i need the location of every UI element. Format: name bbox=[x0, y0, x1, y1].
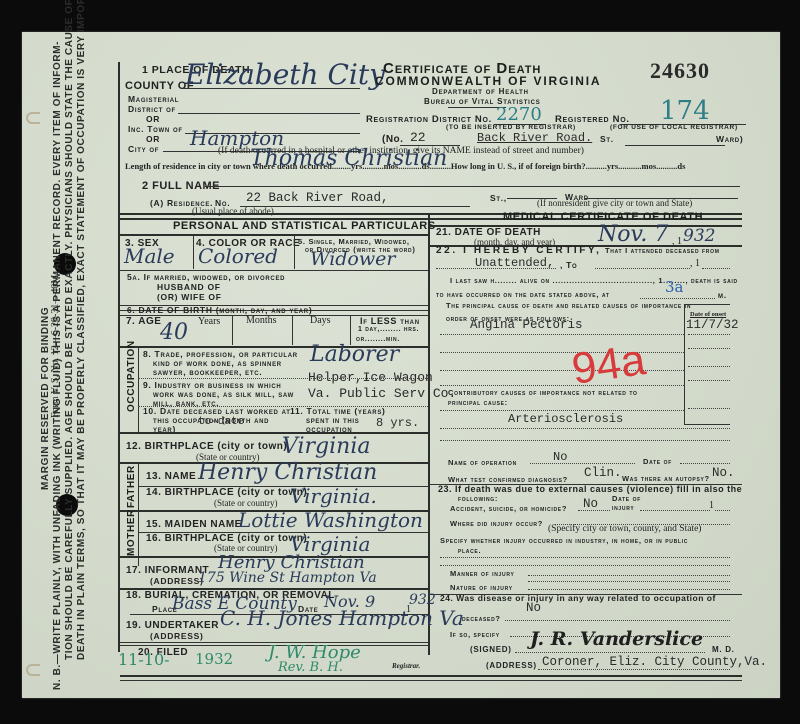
industry-value-1: Helper,Ice Wagon bbox=[308, 370, 433, 385]
margin-line-3: DEATH IN PLAIN TERMS, SO THAT IT MAY BE … bbox=[76, 50, 88, 690]
contributory-label: Contributory causes of importance not re… bbox=[448, 388, 638, 397]
operation-label: Name of operation bbox=[448, 458, 517, 467]
left-border bbox=[118, 62, 120, 652]
where-label: Where did injury occur? bbox=[450, 519, 543, 528]
full-name-value: Thomas Christian bbox=[250, 146, 447, 171]
street-no-label: (No. bbox=[382, 134, 403, 145]
street-number-value: 22 bbox=[410, 130, 426, 145]
less-than-label: If LESS than bbox=[360, 316, 420, 326]
registrar-label: Registrar. bbox=[392, 662, 420, 670]
district-label: District of bbox=[128, 104, 176, 114]
father-birthplace-label: 14. BIRTHPLACE (city or town) bbox=[146, 487, 307, 498]
injury-label: injury bbox=[612, 503, 634, 512]
filed-date-value: 11-10- bbox=[118, 650, 170, 669]
mother-name-value: Lottie Washington bbox=[238, 508, 423, 532]
red-annotation: 94a bbox=[569, 335, 649, 395]
days-label: Days bbox=[310, 315, 331, 326]
external-causes-label: 23. If death was due to external causes … bbox=[438, 484, 742, 494]
margin-instructions: MARGIN RESERVED FOR BINDING N. B.—WRITE … bbox=[40, 50, 88, 690]
st-label: St., bbox=[490, 193, 507, 203]
certify-tail: That I attended deceased from bbox=[605, 246, 720, 255]
principal-cause-label: The principal cause of death and related… bbox=[446, 301, 691, 310]
physician-address-value: Coroner, Eliz. City County,Va. bbox=[542, 655, 767, 669]
or-label: OR bbox=[146, 134, 160, 144]
trade-label-3: sawyer, bookkeeper, etc. bbox=[153, 367, 262, 377]
mother-name-label: 15. MAIDEN NAME bbox=[146, 519, 242, 530]
place-label: place. bbox=[458, 546, 481, 555]
onset-header: Date of onset bbox=[690, 311, 726, 318]
death-year-value: 932 bbox=[683, 226, 715, 246]
margin-line-2: TION SHOULD BE CAREFULLY SUPPLIED. AGE S… bbox=[64, 50, 76, 690]
where-sub: (Specify city or town, county, and State… bbox=[548, 524, 701, 534]
county-label: COUNTY OF bbox=[125, 80, 194, 92]
last-saw-label: I last saw h........ alive on ..........… bbox=[450, 276, 738, 285]
manner-label: Manner of injury bbox=[450, 569, 515, 578]
accident-label: Accident, suicide, or homicide? bbox=[450, 504, 567, 513]
industry-value-2: Va. Public Serv.Co. bbox=[308, 386, 456, 401]
time-of-death-value: 3a bbox=[665, 278, 684, 296]
father-name-value: Henry Christian bbox=[198, 460, 377, 485]
filed-year-value: 1932 bbox=[195, 650, 233, 668]
to-label: , To bbox=[560, 260, 577, 270]
last-worked-value: to-date bbox=[198, 416, 244, 428]
informant-address-label: (ADDRESS) bbox=[150, 576, 204, 586]
residence-value: 22 Back River Road, bbox=[246, 191, 389, 205]
department-title: Department of Health bbox=[432, 87, 529, 96]
commonwealth-title: COMMONWEALTH OF VIRGINIA bbox=[375, 74, 601, 88]
registration-district-value: 2270 bbox=[496, 104, 542, 125]
injury-year-prefix: 1 bbox=[709, 500, 714, 511]
father-birthplace-sub: (State or country) bbox=[214, 498, 277, 508]
birthplace-label: 12. BIRTHPLACE (city or town) bbox=[126, 441, 287, 452]
age-value: 40 bbox=[160, 320, 188, 345]
father-name-label: 13. NAME bbox=[146, 471, 196, 482]
wife-label: (OR) WIFE OF bbox=[157, 292, 222, 302]
md-label: M. D. bbox=[712, 645, 735, 654]
mother-header: MOTHER bbox=[126, 509, 137, 556]
occurred-label: to have occurred on the date stated abov… bbox=[436, 290, 610, 299]
injury-date-label: Date of bbox=[612, 494, 641, 503]
test-label: What test confirmed diagnosis? bbox=[448, 475, 568, 484]
physician-signature: J. R. Vanderslice bbox=[530, 628, 703, 650]
county-value: Elizabeth City bbox=[185, 58, 385, 91]
father-header: FATHER bbox=[126, 465, 137, 508]
spouse-label: 5a. If married, widowed, or divorced bbox=[127, 272, 285, 282]
operation-value: No bbox=[553, 450, 567, 464]
registered-note: (FOR USE OF LOCAL REGISTRAR) bbox=[610, 124, 738, 131]
principal-cause-value: Angina Pectoris bbox=[470, 318, 583, 332]
contributory-value: Arteriosclerosis bbox=[508, 412, 623, 426]
specify-label: Specify whether injury occurred in indus… bbox=[440, 536, 688, 545]
following-label: following: bbox=[458, 494, 498, 503]
or-label: OR bbox=[146, 114, 160, 124]
operation-date-label: Date of bbox=[643, 457, 672, 466]
autopsy-value: No. bbox=[712, 466, 735, 480]
undertaker-label: 19. UNDERTAKER bbox=[126, 620, 219, 631]
occupation-header: OCCUPATION bbox=[126, 340, 137, 412]
staple bbox=[26, 112, 40, 124]
total-time-value: 8 yrs. bbox=[376, 416, 419, 430]
sex-value: Male bbox=[124, 244, 175, 268]
autopsy-label: Was there an autopsy? bbox=[622, 474, 710, 483]
date-of-death-value: Nov. 7 bbox=[598, 222, 668, 247]
informant-label: 17. INFORMANT bbox=[126, 565, 209, 576]
years-label: Years bbox=[198, 316, 220, 327]
birthplace-value: Virginia bbox=[282, 434, 371, 459]
trade-value: Laborer bbox=[310, 342, 399, 367]
registration-note: (TO BE INSERTED BY REGISTRAR) bbox=[446, 124, 576, 131]
months-label: Months bbox=[246, 315, 277, 326]
undertaker-value: C. H. Jones Hampton Va bbox=[220, 606, 464, 630]
dob-label: 6. DATE OF BIRTH (month, day, and year) bbox=[127, 305, 312, 315]
less-hrs-label: 1 day,........ hrs. bbox=[358, 326, 419, 333]
occupation-related-label: 24. Was disease or injury in any way rel… bbox=[440, 593, 716, 603]
st-label: St. bbox=[600, 134, 614, 144]
if-so-label: If so, specify bbox=[450, 630, 500, 639]
father-birthplace-value: Virginia. bbox=[290, 484, 377, 508]
physician-address-label: (ADDRESS) bbox=[486, 661, 537, 670]
test-value: Clin. bbox=[584, 466, 622, 480]
contributory-label-2: principal cause: bbox=[448, 398, 508, 407]
nature-label: Nature of injury bbox=[450, 583, 513, 592]
street-value: Back River Road. bbox=[477, 131, 592, 145]
certificate-number: 24630 bbox=[650, 58, 710, 84]
m-label: m. bbox=[718, 290, 727, 300]
one-label: , 1 bbox=[690, 258, 700, 269]
onset-value: 11/7/32 bbox=[686, 318, 739, 332]
staple bbox=[26, 664, 40, 676]
magisterial-label: Magisterial bbox=[128, 94, 179, 104]
ward-label: Ward) bbox=[716, 134, 743, 144]
race-value: Colored bbox=[198, 244, 278, 268]
accident-value: No bbox=[583, 497, 598, 511]
registrar-sub-signature: Rev. B. H. bbox=[278, 660, 343, 675]
husband-label: HUSBAND OF bbox=[157, 282, 221, 292]
nonresident-note: (If nonresident give city or town and St… bbox=[537, 198, 692, 208]
form-number: Form V. S. No. 12—6-29-31—40M. bbox=[50, 272, 61, 418]
city-label: City of bbox=[128, 144, 159, 154]
marital-value: Widower bbox=[310, 248, 395, 270]
inc-town-label: Inc. Town of bbox=[128, 124, 183, 134]
deceased-label: deceased? bbox=[462, 614, 501, 623]
personal-section-title: PERSONAL AND STATISTICAL PARTICULARS bbox=[173, 220, 436, 232]
age-label: 7. AGE bbox=[126, 316, 161, 327]
certify-label: 22. I HEREBY CERTIFY, bbox=[436, 245, 602, 256]
informant-address-value: 175 Wine St Hampton Va bbox=[198, 570, 377, 586]
signed-label: (SIGNED) bbox=[470, 645, 512, 654]
undertaker-address-label: (ADDRESS) bbox=[150, 631, 204, 641]
registered-no-value: 174 bbox=[660, 96, 710, 126]
occupation-related-value: No bbox=[526, 601, 541, 615]
